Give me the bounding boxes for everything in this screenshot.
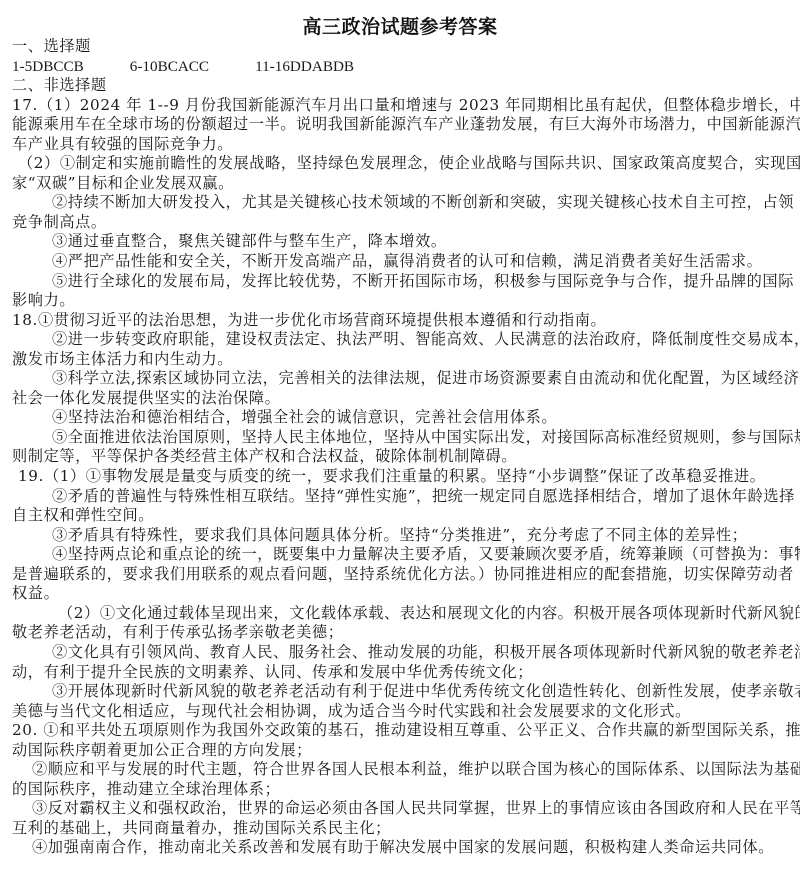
q20-line: 的国际秩序，推动建立全球治理体系； xyxy=(12,780,782,800)
q19-part2-line: ②文化具有引领风尚、教育人民、服务社会、推动发展的功能，积极开展各项体现新时代新… xyxy=(12,643,782,663)
q19-part1-line: 19.（1）①事物发展是量变与质变的统一，要求我们注重量的积累。坚持“小步调整”… xyxy=(12,467,782,487)
q19-part1-line: 是普遍联系的，要求我们用联系的观点看问题，坚持系统优化方法。）协同推进相应的配套… xyxy=(12,565,782,585)
q20-line: ④加强南南合作，推动南北关系改善和发展有助于解决发展中国家的发展问题，积极构建人… xyxy=(12,838,782,858)
q19-part1-line: ③矛盾具有特殊性，要求我们具体问题具体分析。坚持“分类推进”，充分考虑了不同主体… xyxy=(12,526,782,546)
q18-line: 18.①贯彻习近平的法治思想，为进一步优化市场营商环境提供根本遵循和行动指南。 xyxy=(12,311,782,331)
q17-part2-line: ③通过垂直整合，聚焦关键部件与整车生产，降本增效。 xyxy=(12,232,782,252)
q19-part2-line: 动，有利于提升全民族的文明素养、认同、传承和发展中华优秀传统文化； xyxy=(12,663,782,683)
q19-part1-line: ④坚持两点论和重点论的统一，既要集中力量解决主要矛盾，又要兼顾次要矛盾，统筹兼顾… xyxy=(12,545,782,565)
q19-part1-line: 权益。 xyxy=(12,584,782,604)
answer-key-page: 高三政治试题参考答案 一、选择题 1-5DBCCB6-10BCACC11-16D… xyxy=(0,0,800,892)
q18-line: ③科学立法,探索区域协同立法，完善相关的法律法规，促进市场资源要素自由流动和优化… xyxy=(12,369,782,389)
document-body: 一、选择题 1-5DBCCB6-10BCACC11-16DDABDB 二、非选择… xyxy=(12,37,782,858)
q18-line: ④坚持法治和德治相结合，增强全社会的诚信意识，完善社会信用体系。 xyxy=(12,408,782,428)
choice-answers: 1-5DBCCB6-10BCACC11-16DDABDB xyxy=(12,57,782,77)
q18-line: 激发市场主体活力和内生动力。 xyxy=(12,350,782,370)
q18-line: ②进一步转变政府职能，建设权责法定、执法严明、智能高效、人民满意的法治政府，降低… xyxy=(12,330,782,350)
q19-part1-line: ②矛盾的普遍性与特殊性相互联结。坚持“弹性实施”，把统一规定同自愿选择相结合，增… xyxy=(12,487,782,507)
q19-part2-line: （2）①文化通过载体呈现出来，文化载体承载、表达和展现文化的内容。积极开展各项体… xyxy=(12,604,782,624)
q20-line: 互利的基础上，共同商量着办，推动国际关系民主化； xyxy=(12,819,782,839)
q17-part2-line: （2）①制定和实施前瞻性的发展战略，坚持绿色发展理念，使企业战略与国际共识、国家… xyxy=(12,154,782,174)
q19-part2-line: 敬老养老活动，有利于传承弘扬孝亲敬老美德； xyxy=(12,623,782,643)
q20-line: ②顺应和平与发展的时代主题，符合世界各国人民根本利益，维护以联合国为核心的国际体… xyxy=(12,760,782,780)
q17-part1-line: 车产业具有较强的国际竞争力。 xyxy=(12,135,782,155)
q20-line: 动国际秩序朝着更加公正合理的方向发展； xyxy=(12,741,782,761)
section-heading-choice: 一、选择题 xyxy=(12,37,782,57)
q17-part2-line: ④严把产品性能和安全关，不断开发高端产品，赢得消费者的认可和信赖，满足消费者美好… xyxy=(12,252,782,272)
q17-part1-line: 能源乘用车在全球市场的份额超过一半。说明我国新能源汽车产业蓬勃发展，有巨大海外市… xyxy=(12,115,782,135)
q17-part2-line: ⑤进行全球化的发展布局，发挥比较优势，不断开拓国际市场，积极参与国际竞争与合作，… xyxy=(12,272,782,292)
q17-part2-line: 竞争制高点。 xyxy=(12,213,782,233)
q17-part2-line: 影响力。 xyxy=(12,291,782,311)
q20-line: ③反对霸权主义和强权政治，世界的命运必须由各国人民共同掌握，世界上的事情应该由各… xyxy=(12,799,782,819)
choice-answers-6-10: 6-10BCACC xyxy=(130,58,209,75)
q18-line: ⑤全面推进依法治国原则，坚持人民主体地位，坚持从中国实际出发，对接国际高标准经贸… xyxy=(12,428,782,448)
q17-part2-line: 家“双碳”目标和企业发展双赢。 xyxy=(12,174,782,194)
choice-answers-11-16: 11-16DDABDB xyxy=(255,58,354,75)
section-heading-nonchoice: 二、非选择题 xyxy=(12,76,782,96)
q18-line: 社会一体化发展提供坚实的法治保障。 xyxy=(12,389,782,409)
document-title: 高三政治试题参考答案 xyxy=(0,12,800,39)
q19-part1-line: 自主权和弹性空间。 xyxy=(12,506,782,526)
q17-part2-line: ②持续不断加大研发投入，尤其是关键核心技术领域的不断创新和突破，实现关键核心技术… xyxy=(12,193,782,213)
choice-answers-1-5: 1-5DBCCB xyxy=(12,58,84,75)
q20-line: 20. ①和平共处五项原则作为我国外交政策的基石，推动建设相互尊重、公平正义、合… xyxy=(12,721,782,741)
q19-part2-line: 美德与当代文化相适应，与现代社会相协调，成为适合当今时代实践和社会发展要求的文化… xyxy=(12,702,782,722)
q17-part1-line: 17.（1）2024 年 1--9 月份我国新能源汽车月出口量和增速与 2023… xyxy=(12,96,782,116)
q18-line: 则制定等，平等保护各类经营主体产权和合法权益，破除体制机制障碍。 xyxy=(12,447,782,467)
q19-part2-line: ③开展体现新时代新风貌的敬老养老活动有利于促进中华优秀传统文化创造性转化、创新性… xyxy=(12,682,782,702)
